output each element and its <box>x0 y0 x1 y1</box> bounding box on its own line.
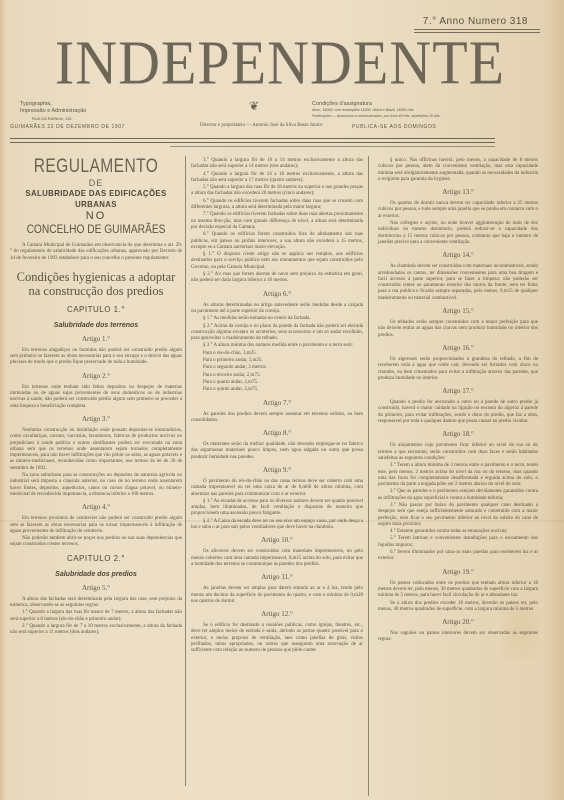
article-title: REGULAMENTO <box>25 156 166 178</box>
article-paragraph: § 1.° As medidas serão tomadas no centro… <box>191 316 363 322</box>
header-rule <box>10 138 495 139</box>
article-heading: Artigo 5.° <box>10 584 182 593</box>
section-subheading: Salubridade dos predios <box>10 570 182 579</box>
article-paragraph: 6.° Serem illuminados por uma ou mais ja… <box>378 550 538 563</box>
article-heading: Artigo 20.° <box>378 618 538 627</box>
article-subtitle: SALUBRIDADE DAS EDIFICAÇÕES URBANAS <box>17 188 175 210</box>
header-subscription-block: Condições d'assignatura Anno, 1$000; com… <box>312 101 441 119</box>
article-paragraph: Os telhados serão sempre construidos com… <box>378 320 538 339</box>
masthead-title: INDEPENDENTE <box>20 32 540 95</box>
article-paragraph: A altura das fachadas será determinada p… <box>10 597 182 610</box>
article-paragraph: Os algerozes serão proporcionados á gran… <box>378 357 538 382</box>
article-heading: Artigo 13.° <box>378 188 538 197</box>
dateline-date: GUIMARÃES 22 DE DEZEMBRO DE 1907 <box>10 124 125 130</box>
article-title-no: NO <box>10 210 182 222</box>
article-paragraph: 4.° Estarem garantidos contra todas as e… <box>378 529 538 535</box>
chapter-heading: CAPITULO 1.° <box>10 305 182 315</box>
article-heading: Artigo 6.° <box>191 290 363 299</box>
article-paragraph: Nos collegios e asylos, ou onde houver a… <box>378 221 538 246</box>
article-paragraph: 6.° Quando os edificios tiverem fachadas… <box>191 199 363 212</box>
dateline-director: Director e proprietario — Antonio José d… <box>200 123 322 128</box>
article-heading: Artigo 11.° <box>191 573 363 582</box>
article-paragraph: Os quartos de dormir nunca devem ter cap… <box>378 201 538 220</box>
article-title-de: DE <box>10 178 182 188</box>
article-paragraph: Os alojamentos cujo pavimento ficar infe… <box>378 443 538 462</box>
header-administration-line: Impressão e Administração <box>20 108 86 115</box>
article-paragraph: 3.° Quando a largura fôr de 10 a 14 metr… <box>191 158 363 171</box>
newspaper-page: 7.° Anno Numero 318 INDEPENDENTE Typogra… <box>0 0 564 800</box>
article-paragraph: 5.° Terem latrinas e convenientes instal… <box>378 536 538 549</box>
column-1: REGULAMENTO DE SALUBRIDADE DAS EDIFICAÇÕ… <box>10 152 182 638</box>
article-paragraph: Não poderão tambem abrir-se poços nos pr… <box>10 536 182 549</box>
header-rule <box>170 146 495 147</box>
article-paragraph: As alturas determinadas no artigo antece… <box>191 303 363 316</box>
article-paragraph: 4.° Quando a largura fôr de 14 a 18 metr… <box>191 172 363 185</box>
page-edge <box>0 0 6 800</box>
article-paragraph: 2.° Que as paredes e o pavimento estejam… <box>378 489 538 502</box>
article-paragraph: § unico. Nas officinas haverá, pelo meno… <box>378 158 538 183</box>
article-paragraph: Os alicerces devem ser construidos com m… <box>191 549 363 568</box>
article-paragraph: § 1.° O disposto n'este artigo não se ap… <box>191 252 363 271</box>
floor-height-item: Para o primeiro andar, 3,m25. <box>191 358 363 364</box>
header-typography-line: Typographia, <box>20 101 86 108</box>
article-paragraph: § 1.° As escadas de accesso para os dive… <box>191 499 363 518</box>
header-typography-block: Typographia, Impressão e Administração R… <box>20 101 86 122</box>
article-heading: Artigo 4.° <box>10 503 182 512</box>
article-heading: Artigo 15.° <box>378 307 538 316</box>
article-paragraph: Nenhuma construcção ou installação onde … <box>10 428 182 472</box>
article-paragraph: Os pateos collocados entre os predios qu… <box>378 581 538 600</box>
header-address: RUA DA RAINHA, 110 <box>20 115 86 122</box>
section-subheading: Salubridade dos terrenos <box>10 321 182 330</box>
publication-prices: Publicações — Annuncios e communicados, … <box>312 113 441 119</box>
article-paragraph: Nos saguões ou pateos interiores devem s… <box>378 631 538 644</box>
article-heading: Artigo 16.° <box>378 344 538 353</box>
article-heading: Artigo 2.° <box>10 372 182 381</box>
article-heading: Artigo 19.° <box>378 568 538 577</box>
article-paragraph: 2.° Quando a largura fôr de 7 a 10 metro… <box>10 624 182 637</box>
article-paragraph: Quando o predio for encostado a outro ou… <box>378 400 538 425</box>
article-paragraph: As chaminés devem ser construidas com ma… <box>378 264 538 302</box>
article-paragraph: Em terrenos proximos de cemiterios não p… <box>10 516 182 535</box>
article-paragraph: 1.° Terem a altura minima de 3 metros en… <box>378 463 538 488</box>
intro-paragraph: A Camara Municipal de Guimarães em obser… <box>10 243 182 262</box>
article-paragraph: Se o edificio for destinado a reuniões p… <box>191 623 363 654</box>
article-paragraph: 8.° Quando os edificios forem construido… <box>191 232 363 251</box>
floor-height-item: Para o rés-do-chão, 3,m25. <box>191 351 363 357</box>
floor-height-item: Para o segundo andar, 3 metros. <box>191 365 363 371</box>
column-2: 3.° Quando a largura fôr de 10 a 14 metr… <box>191 158 363 656</box>
article-paragraph: As janellas devem ser amplas para darem … <box>191 586 363 605</box>
article-paragraph: 1.° Quando a largura das ruas fôr menor … <box>10 610 182 623</box>
column-3: § unico. Nas officinas haverá, pelo meno… <box>378 158 538 645</box>
article-heading: Artigo 18.° <box>378 430 538 439</box>
article-heading: Artigo 9.° <box>191 466 363 475</box>
article-paragraph: O pavimento do rés-do-chão ou das casas … <box>191 479 363 498</box>
article-paragraph: § 2.° A Caixa da escada deve ter no seu … <box>191 519 363 532</box>
article-heading: Artigo 3.° <box>10 415 182 424</box>
chapter-heading: CAPITULO 2.° <box>10 554 182 564</box>
article-heading: Artigo 12.° <box>191 610 363 619</box>
article-paragraph: § 3.° A altura minima dos andares medida… <box>191 343 363 349</box>
floor-height-item: Para o quinto andar, 2,m75. <box>191 387 363 393</box>
article-heading: Artigo 8.° <box>191 429 363 438</box>
issue-number: 7.° Anno Numero 318 <box>423 16 528 27</box>
article-paragraph: § 2.° A's ruas que forem abertas de novo… <box>191 272 363 285</box>
section-heading: Condições hygienicas a adoptar na constr… <box>10 270 182 298</box>
ornament-icon: ❦ <box>249 100 259 112</box>
article-paragraph: § 2.° Acima da cornija e no plano da par… <box>191 324 363 343</box>
article-paragraph: Em terrenos onde tenham sido feitos depo… <box>10 385 182 410</box>
article-heading: Artigo 7.° <box>191 399 363 408</box>
article-paragraph: 5.° Quando a largura das ruas fôr de 18 … <box>191 185 363 198</box>
article-paragraph: Os materiaes serão da melhor qualidade, … <box>191 442 363 461</box>
floor-height-item: Para o quarto andar, 2,m75. <box>191 380 363 386</box>
article-heading: Artigo 14.° <box>378 251 538 260</box>
column-divider <box>368 156 369 796</box>
article-heading: Artigo 10.° <box>191 536 363 545</box>
article-paragraph: Em terrenos alagadiços ou humidos não po… <box>10 348 182 367</box>
article-paragraph: As paredes dos predios devem sempre asse… <box>191 412 363 425</box>
article-heading: Artigo 17.° <box>378 387 538 396</box>
column-divider <box>185 156 186 786</box>
article-paragraph: Na zona suburbana para as construcções o… <box>10 473 182 498</box>
dateline-published: PUBLICA-SE AOS DOMINGOS <box>352 124 436 130</box>
article-heading: Artigo 1.° <box>10 335 182 344</box>
article-concelho: CONCELHO DE GUIMARÃES <box>23 222 169 237</box>
article-paragraph: Se a altura dos predios exceder 18 metro… <box>378 601 538 614</box>
article-paragraph: 7.° Quando os edificios tiverem fachadas… <box>191 212 363 231</box>
floor-height-item: Para o terceiro andar, 2,m75. <box>191 373 363 379</box>
header-rule <box>10 142 495 143</box>
article-paragraph: 3.° Não passar por baixo do pavimento qu… <box>378 503 538 528</box>
